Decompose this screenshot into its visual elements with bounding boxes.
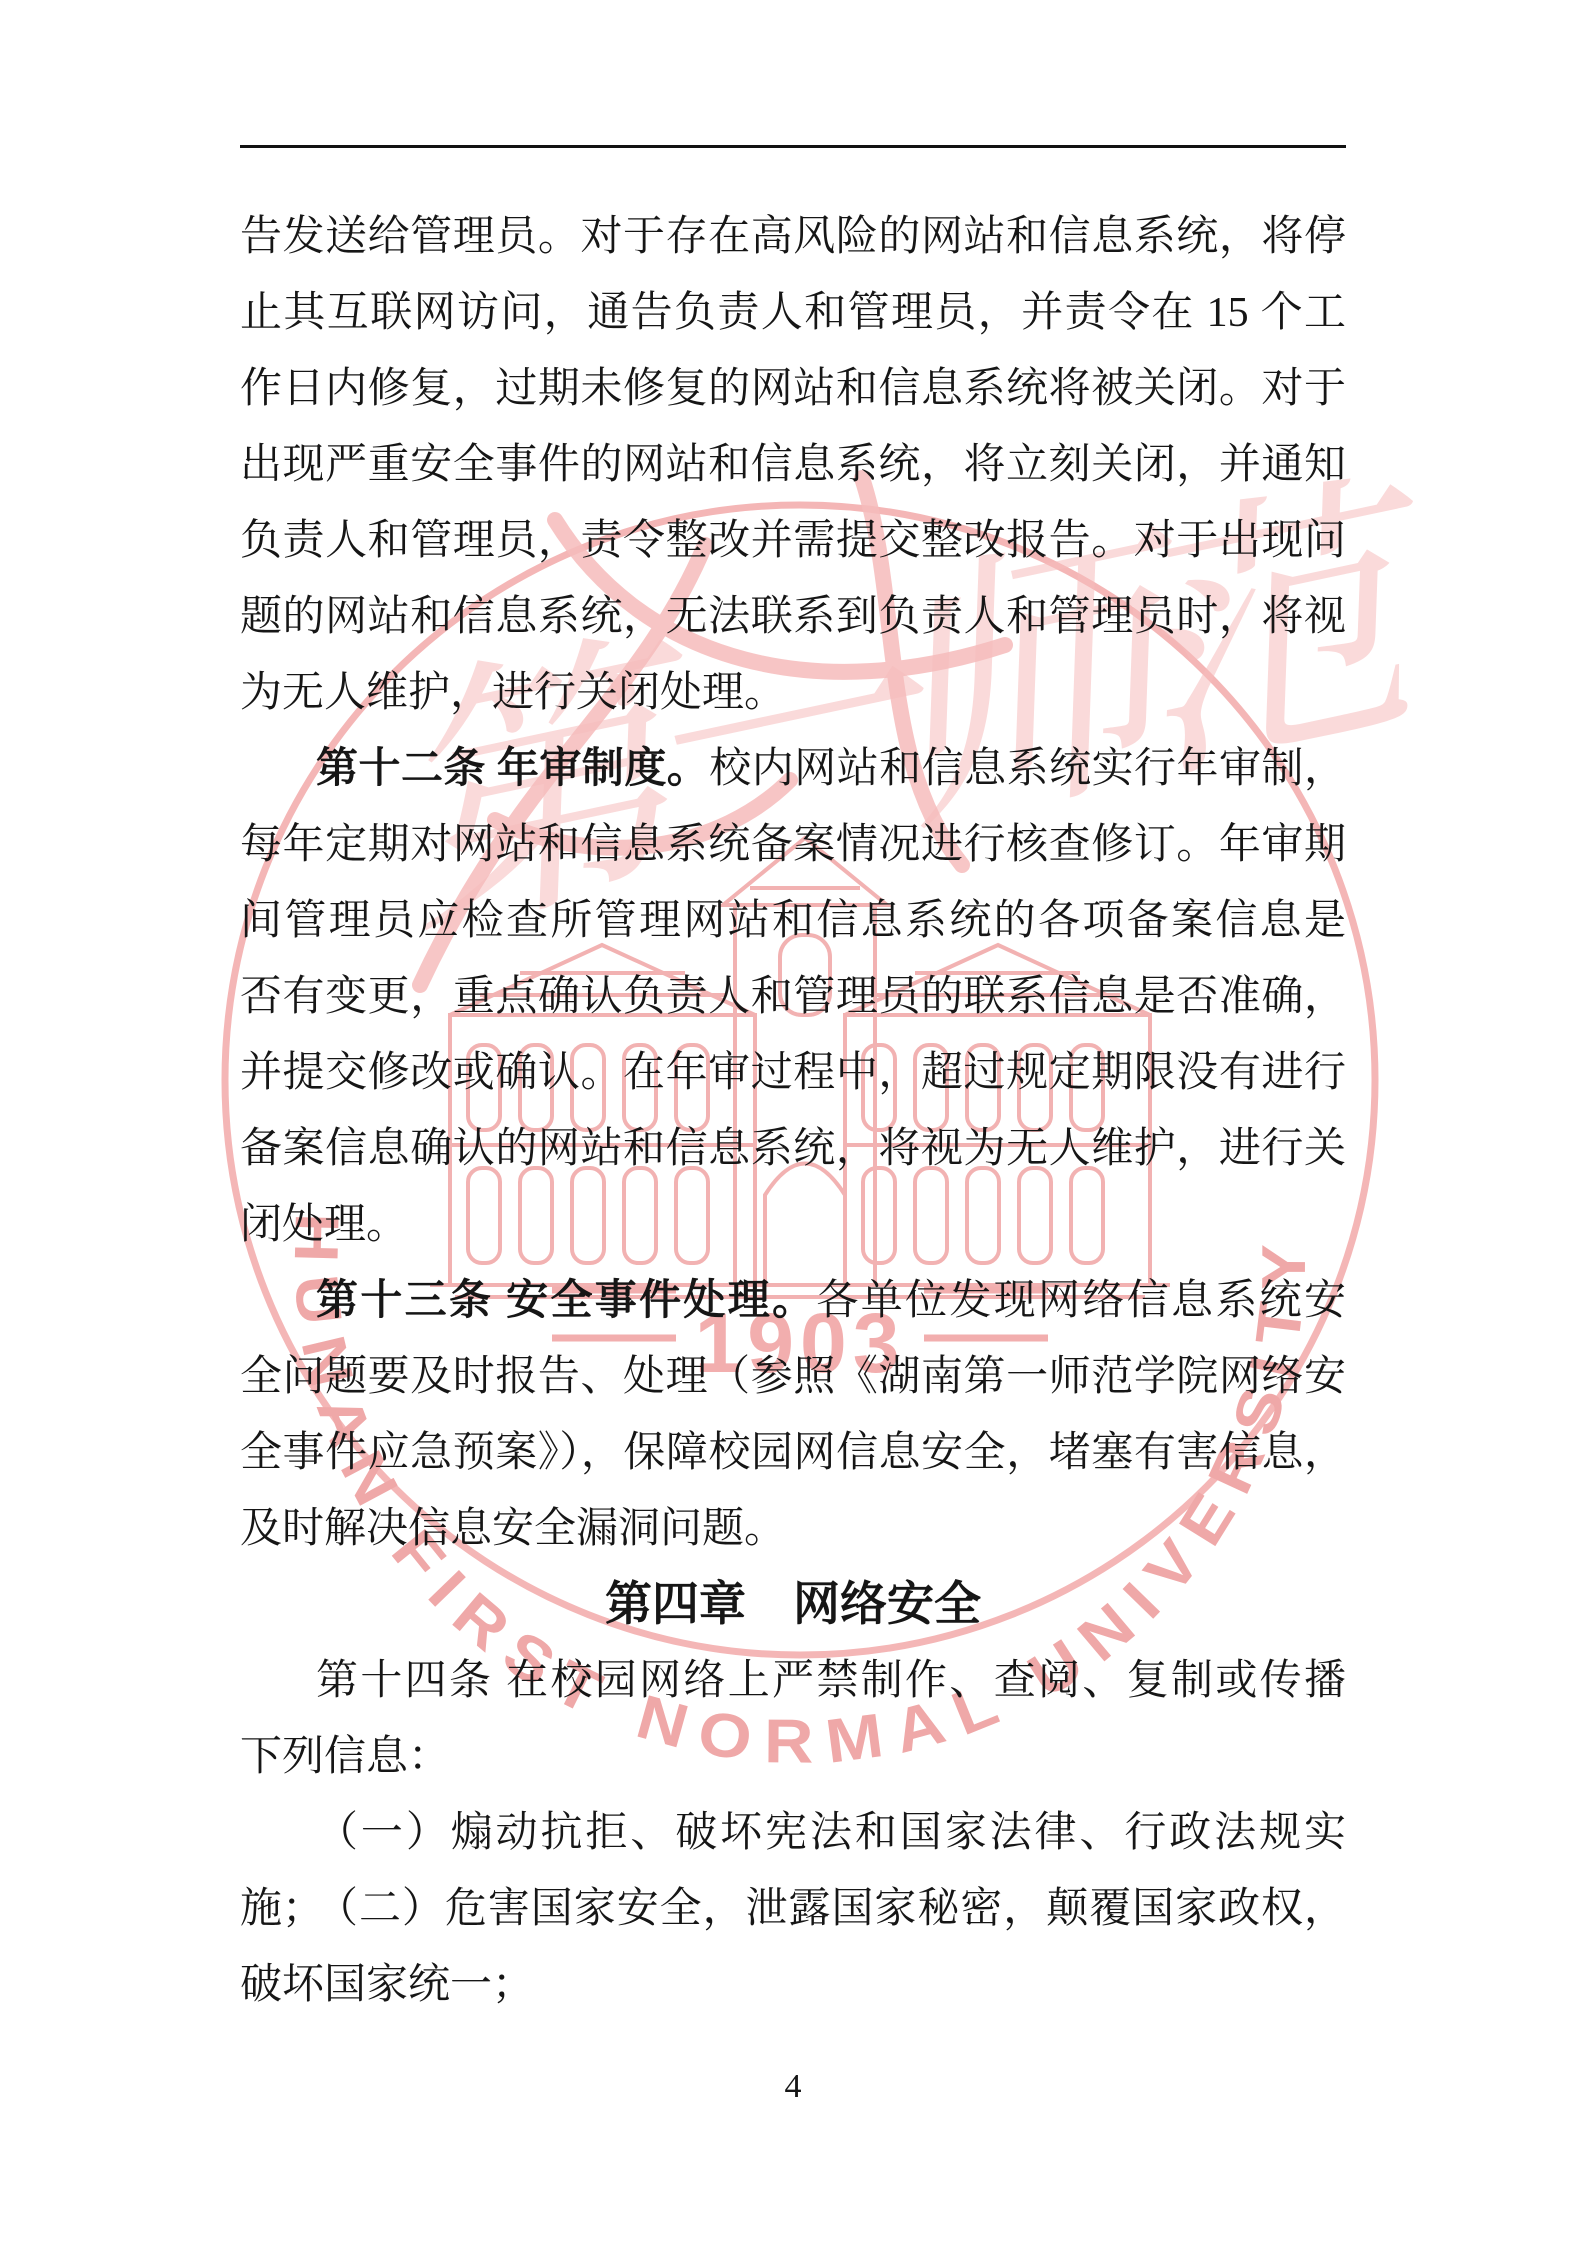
body-text-block: 告发送给管理员。对于存在高风险的网站和信息系统，将停 止其互联网访问，通告负责人… (240, 199, 1346, 2023)
article-13-title: 第十三条 安全事件处理。 (316, 1278, 816, 1324)
body-line: 全问题要及时报告、处理（参照《湖南第一师范学院网络安 (240, 1339, 1346, 1415)
body-line: 出现严重安全事件的网站和信息系统，将立刻关闭，并通知 (240, 427, 1346, 503)
body-line: 否有变更，重点确认负责人和管理员的联系信息是否准确， (240, 959, 1346, 1035)
header-rule (240, 145, 1346, 148)
body-line: 并提交修改或确认。在年审过程中，超过规定期限没有进行 (240, 1035, 1346, 1111)
body-line: 下列信息： (240, 1719, 1346, 1795)
body-line: 为无人维护，进行关闭处理。 (240, 655, 1346, 731)
article-12-line: 第十二条 年审制度。校内网站和信息系统实行年审制， (240, 731, 1346, 807)
body-line: 间管理员应检查所管理网站和信息系统的各项备案信息是 (240, 883, 1346, 959)
body-line: 题的网站和信息系统，无法联系到负责人和管理员时，将视 (240, 579, 1346, 655)
body-line: 全事件应急预案》），保障校园网信息安全，堵塞有害信息， (240, 1415, 1346, 1491)
body-line: 及时解决信息安全漏洞问题。 (240, 1491, 1346, 1567)
body-line: 备案信息确认的网站和信息系统，将视为无人维护，进行关 (240, 1111, 1346, 1187)
body-line: 止其互联网访问，通告负责人和管理员，并责令在 15 个工 (240, 275, 1346, 351)
list-item-2: （二）危害国家安全，泄露国家秘密，颠覆国家政权， (240, 1871, 1346, 1947)
body-line: 闭处理。 (240, 1187, 1346, 1263)
body-line: 负责人和管理员，责令整改并需提交整改报告。对于出现问 (240, 503, 1346, 579)
body-line: 每年定期对网站和信息系统备案情况进行核查修订。年审期 (240, 807, 1346, 883)
article-13-line: 第十三条 安全事件处理。各单位发现网络信息系统安 (240, 1263, 1346, 1339)
document-page: 第一师范 (0, 0, 1587, 2245)
page-number: 4 (240, 2062, 1346, 2112)
list-item-1: （一）煽动抗拒、破坏宪法和国家法律、行政法规实施； (240, 1795, 1346, 1871)
body-line: 告发送给管理员。对于存在高风险的网站和信息系统，将停 (240, 199, 1346, 275)
chapter-4-heading: 第四章 网络安全 (240, 1567, 1346, 1643)
body-line: 作日内修复，过期未修复的网站和信息系统将被关闭。对于 (240, 351, 1346, 427)
article-12-title: 第十二条 年审制度。 (316, 746, 709, 792)
article-14-line: 第十四条 在校园网络上严禁制作、查阅、复制或传播 (240, 1643, 1346, 1719)
body-line: 破坏国家统一； (240, 1947, 1346, 2023)
